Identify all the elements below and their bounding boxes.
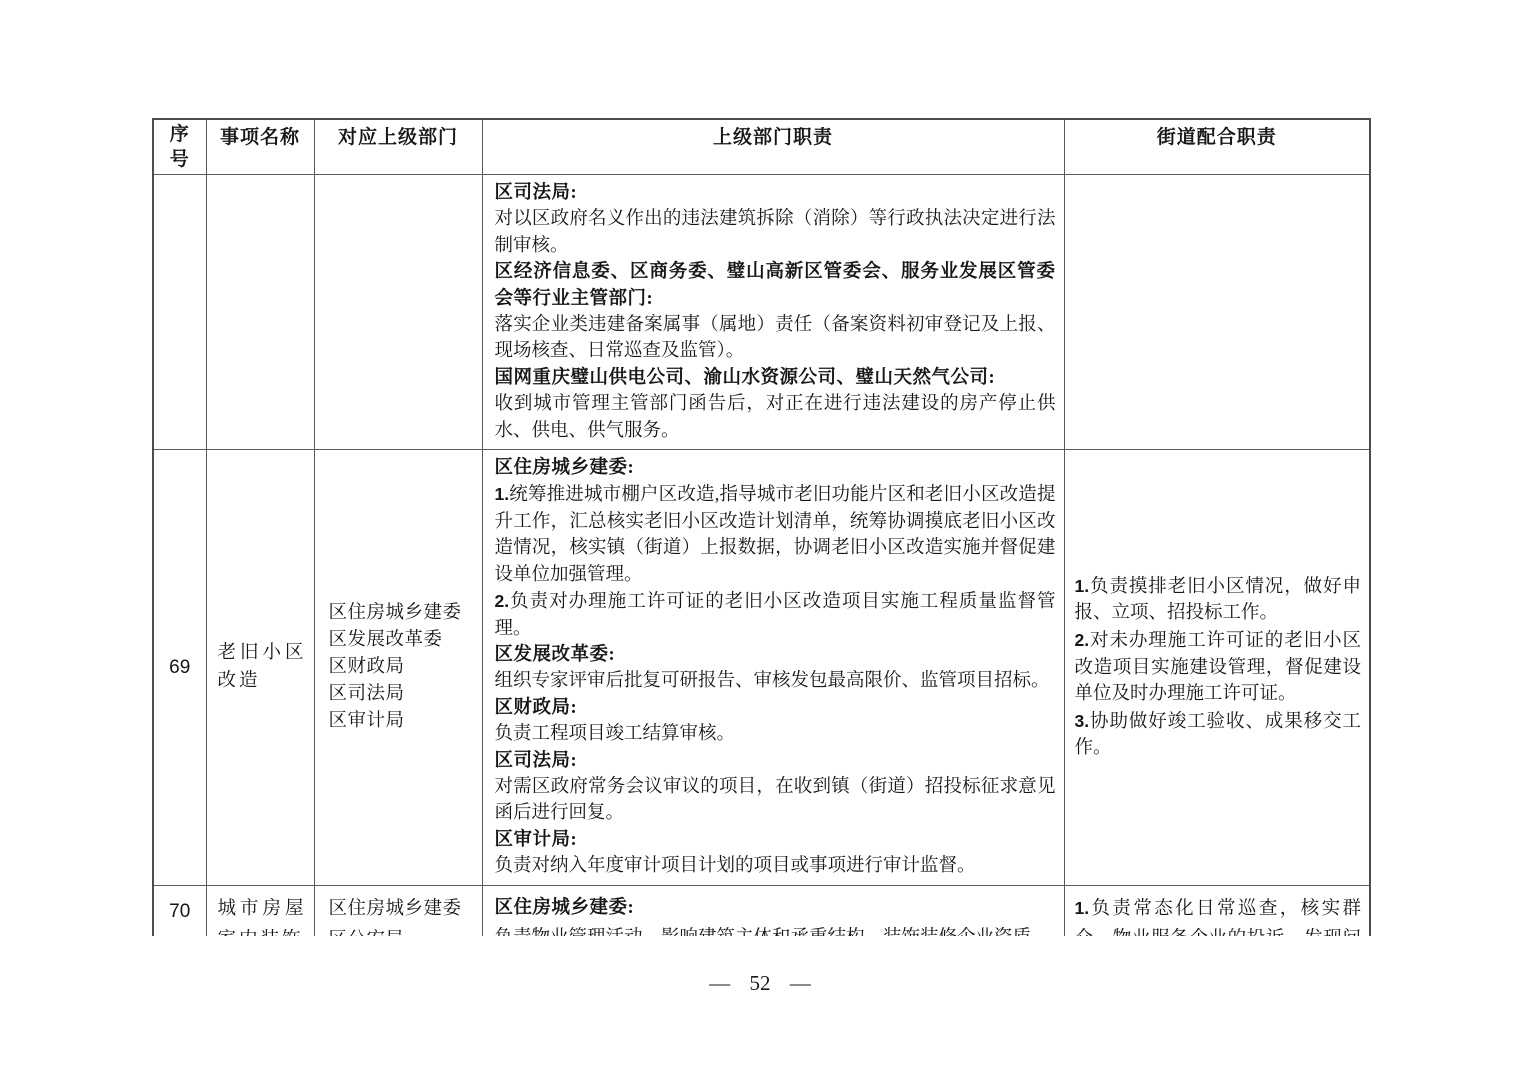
col-header-serial: 序号 [153, 119, 206, 175]
item-name-cell [206, 175, 314, 450]
table-row-70: 70 城市房屋室内装饰 区住房城乡建委 区公安局 区住房城乡建委: 负责物业管理… [153, 885, 1370, 936]
serial-cell: 70 [153, 885, 206, 936]
duty-heading: 区经济信息委、区商务委、璧山高新区管委会、服务业发展区管委会等行业主管部门: [495, 259, 1056, 312]
duty-number: 1. [1075, 898, 1090, 918]
duty-paragraph: 负责工程项目竣工结算审核。 [495, 721, 1056, 747]
department: 区司法局 [329, 681, 478, 708]
department: 区住房城乡建委 [329, 894, 478, 925]
departments-cell [314, 175, 482, 450]
duty-text: 对未办理施工许可证的老旧小区改造项目实施建设管理，督促建设单位及时办理施工许可证… [1075, 631, 1362, 704]
duty-paragraph: 收到城市管理主管部门函告后，对正在进行违法建设的房产停止供水、供电、供气服务。 [495, 391, 1056, 444]
street-duty-paragraph: 1.负责摸排老旧小区情况，做好申报、立项、招投标工作。 [1075, 573, 1362, 627]
duty-heading: 区住房城乡建委: [495, 893, 1056, 923]
street-duty-paragraph: 3.协助做好竣工验收、成果移交工作。 [1075, 708, 1362, 762]
street-duties-cell [1064, 175, 1370, 450]
duty-number: 2. [495, 591, 510, 611]
document-page: 序号 事项名称 对应上级部门 上级部门职责 街道配合职责 区司法局: 对以区政府… [0, 0, 1520, 1074]
page-footer: — 52 — [0, 971, 1520, 996]
department: 区审计局 [329, 708, 478, 735]
street-duties-cell: 1.负责常态化日常巡查，核实群众、物业服务企业的投诉，发现问题及 [1064, 885, 1370, 936]
duty-paragraph: 对以区政府名义作出的违法建筑拆除（消除）等行政执法决定进行法制审核。 [495, 206, 1056, 259]
col-header-departments: 对应上级部门 [314, 119, 482, 175]
col-header-item-name: 事项名称 [206, 119, 314, 175]
departments-cell: 区住房城乡建委 区公安局 [314, 885, 482, 936]
duty-paragraph: 对需区政府常务会议审议的项目，在收到镇（街道）招投标征求意见函后进行回复。 [495, 774, 1056, 827]
duty-heading: 区审计局: [495, 827, 1056, 853]
item-name-cell: 城市房屋室内装饰 [206, 885, 314, 936]
duty-heading: 国网重庆璧山供电公司、渝山水资源公司、璧山天然气公司: [495, 365, 1056, 391]
duty-paragraph: 负责物业管理活动、影响建筑主体和承重结构、装饰装修企业资质 [495, 923, 1056, 936]
department: 区公安局 [329, 925, 478, 936]
duty-paragraph: 1.统筹推进城市棚户区改造,指导城市老旧功能片区和老旧小区改造提升工作，汇总核实… [495, 481, 1056, 588]
duty-number: 3. [1075, 711, 1090, 731]
superior-duties-cell: 区司法局: 对以区政府名义作出的违法建筑拆除（消除）等行政执法决定进行法制审核。… [482, 175, 1064, 450]
street-duty-paragraph: 2.对未办理施工许可证的老旧小区改造项目实施建设管理，督促建设单位及时办理施工许… [1075, 627, 1362, 708]
item-name-cell: 老旧小区改造 [206, 450, 314, 886]
superior-duties-cell: 区住房城乡建委: 负责物业管理活动、影响建筑主体和承重结构、装饰装修企业资质 [482, 885, 1064, 936]
department: 区财政局 [329, 654, 478, 681]
duty-heading: 区住房城乡建委: [495, 455, 1056, 481]
duty-heading: 区财政局: [495, 695, 1056, 721]
table-clip: 序号 事项名称 对应上级部门 上级部门职责 街道配合职责 区司法局: 对以区政府… [152, 118, 1373, 936]
col-header-street-duties: 街道配合职责 [1064, 119, 1370, 175]
serial-cell: 69 [153, 450, 206, 886]
departments-cell: 区住房城乡建委 区发展改革委 区财政局 区司法局 区审计局 [314, 450, 482, 886]
duty-text: 负责摸排老旧小区情况，做好申报、立项、招投标工作。 [1075, 577, 1362, 624]
table-row-continuation: 区司法局: 对以区政府名义作出的违法建筑拆除（消除）等行政执法决定进行法制审核。… [153, 175, 1370, 450]
duty-paragraph: 落实企业类违建备案属事（属地）责任（备案资料初审登记及上报、现场核查、日常巡查及… [495, 312, 1056, 365]
street-duties-cell: 1.负责摸排老旧小区情况，做好申报、立项、招投标工作。 2.对未办理施工许可证的… [1064, 450, 1370, 886]
duty-text: 统筹推进城市棚户区改造,指导城市老旧功能片区和老旧小区改造提升工作，汇总核实老旧… [495, 485, 1056, 584]
col-header-superior-duties: 上级部门职责 [482, 119, 1064, 175]
duty-number: 1. [1075, 576, 1090, 596]
duty-heading: 区司法局: [495, 180, 1056, 206]
duty-text: 协助做好竣工验收、成果移交工作。 [1075, 712, 1362, 759]
duty-text: 负责常态化日常巡查，核实群众、物业服务企业的投诉，发现问题及 [1075, 899, 1362, 936]
col-header-serial-label: 序号 [168, 122, 191, 172]
duty-heading: 区司法局: [495, 748, 1056, 774]
duty-number: 1. [495, 484, 510, 504]
duty-number: 2. [1075, 630, 1090, 650]
department: 区住房城乡建委 [329, 600, 478, 627]
duty-paragraph: 2.负责对办理施工许可证的老旧小区改造项目实施工程质量监督管理。 [495, 588, 1056, 642]
duty-text: 负责对办理施工许可证的老旧小区改造项目实施工程质量监督管理。 [495, 592, 1056, 638]
duties-table: 序号 事项名称 对应上级部门 上级部门职责 街道配合职责 区司法局: 对以区政府… [152, 118, 1371, 936]
duty-heading: 区发展改革委: [495, 642, 1056, 668]
table-row-69: 69 老旧小区改造 区住房城乡建委 区发展改革委 区财政局 区司法局 区审计局 … [153, 450, 1370, 886]
serial-cell [153, 175, 206, 450]
header-row: 序号 事项名称 对应上级部门 上级部门职责 街道配合职责 [153, 119, 1370, 175]
street-duty-paragraph: 1.负责常态化日常巡查，核实群众、物业服务企业的投诉，发现问题及 [1075, 893, 1362, 936]
department: 区发展改革委 [329, 627, 478, 654]
superior-duties-cell: 区住房城乡建委: 1.统筹推进城市棚户区改造,指导城市老旧功能片区和老旧小区改造… [482, 450, 1064, 886]
duty-paragraph: 负责对纳入年度审计项目计划的项目或事项进行审计监督。 [495, 853, 1056, 879]
duty-paragraph: 组织专家评审后批复可研报告、审核发包最高限价、监管项目招标。 [495, 668, 1056, 694]
